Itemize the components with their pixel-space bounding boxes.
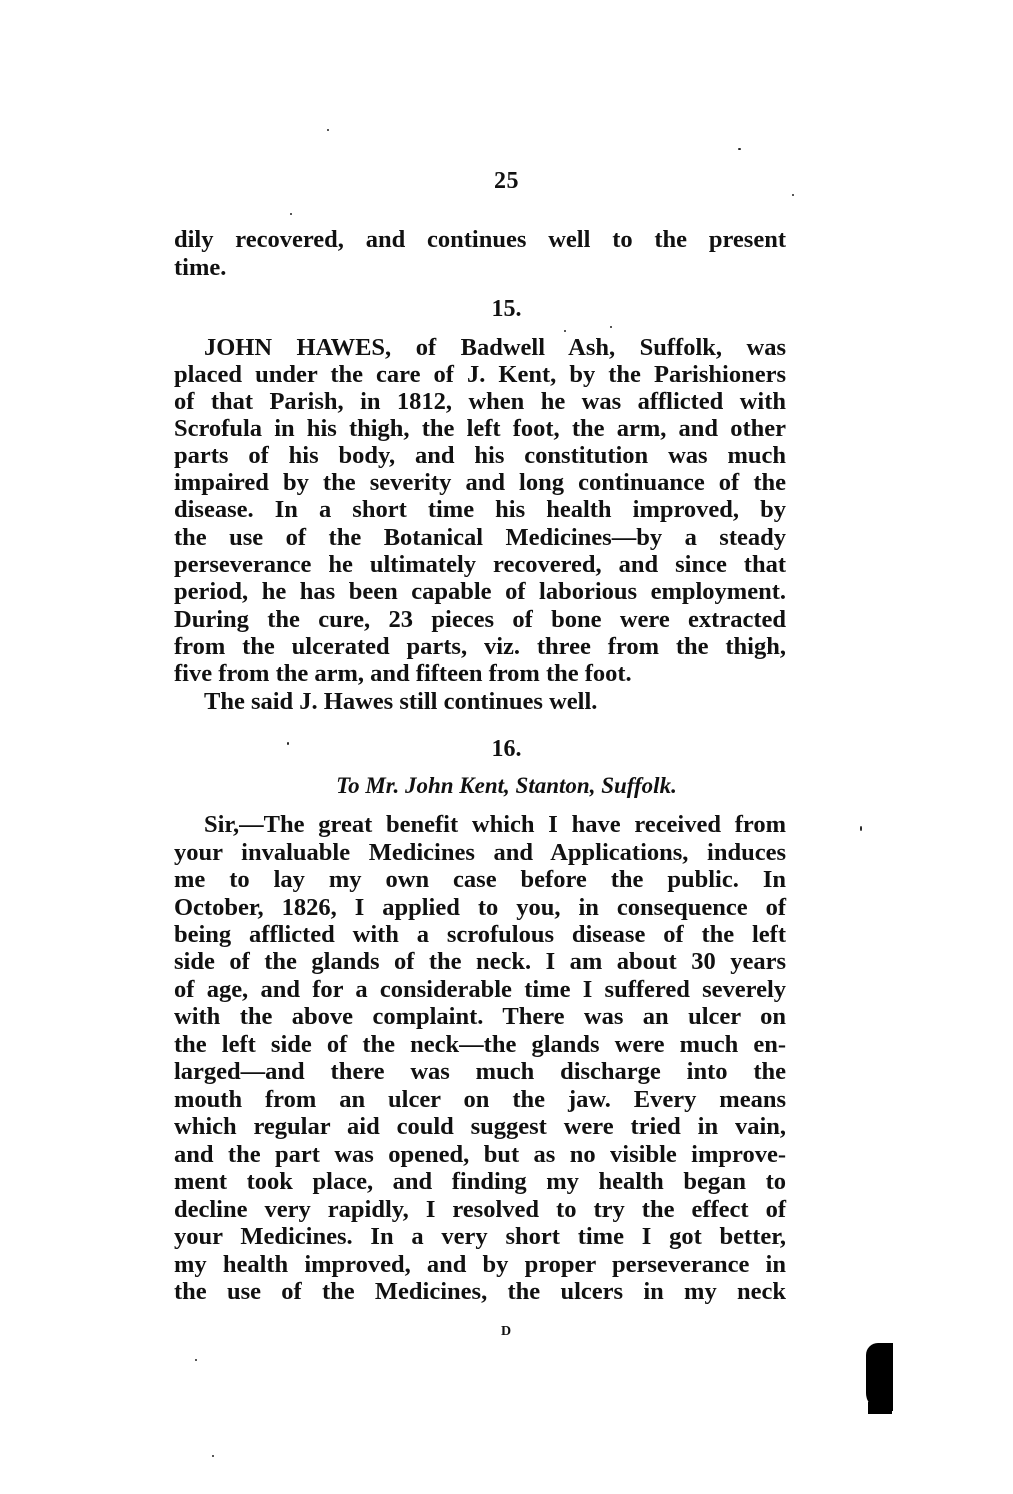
text-line: with the above complaint. There was an u…: [174, 1003, 786, 1031]
text-line: your invaluable Medicines and Applicatio…: [174, 839, 786, 867]
scan-speck: [860, 826, 862, 831]
scan-speck: [564, 330, 566, 332]
text-line: me to lay my own case before the public.…: [174, 866, 786, 894]
text-line: dily recovered, and continues well to th…: [174, 226, 786, 254]
page-number: 25: [0, 168, 1013, 195]
text-line: larged—and there was much discharge into…: [174, 1058, 786, 1086]
scan-speck: [195, 1359, 197, 1361]
letter-salutation: To Mr. John Kent, Stanton, Suffolk.: [0, 773, 1013, 799]
text-line: parts of his body, and his constitution …: [174, 442, 786, 470]
text-line: and the part was opened, but as no visib…: [174, 1141, 786, 1169]
text-line: the use of the Botanical Medicines—by a …: [174, 524, 786, 552]
closing-line: The said J. Hawes still continues well.: [204, 688, 786, 716]
signature-mark: D: [0, 1324, 1013, 1340]
text-line: of age, and for a considerable time I su…: [174, 976, 786, 1004]
book-page: 25 dily recovered, and continues well to…: [0, 0, 1013, 1494]
text-line: impaired by the severity and long contin…: [174, 469, 786, 497]
text-line: period, he has been capable of laborious…: [174, 578, 786, 606]
text-line: disease. In a short time his health impr…: [174, 496, 786, 524]
text-line: the left side of the neck—the glands wer…: [174, 1031, 786, 1059]
section-number-16: 16.: [0, 736, 1013, 763]
text-line: Sir,—The great benefit which I have rece…: [204, 811, 786, 839]
text-line: perseverance he ultimately recovered, an…: [174, 551, 786, 579]
text-line: the use of the Medicines, the ulcers in …: [174, 1278, 786, 1306]
page-edge-shadow-stub: [868, 1402, 892, 1414]
text-line: ment took place, and finding my health b…: [174, 1168, 786, 1196]
text-line: five from the arm, and fifteen from the …: [174, 660, 786, 688]
scan-speck: [738, 148, 741, 150]
text-line: my health improved, and by proper persev…: [174, 1251, 786, 1279]
scan-speck: [327, 129, 329, 131]
text-line: decline very rapidly, I resolved to try …: [174, 1196, 786, 1224]
text-line: placed under the care of J. Kent, by the…: [174, 361, 786, 389]
scan-speck: [287, 742, 289, 745]
text-line: your Medicines. In a very short time I g…: [174, 1223, 786, 1251]
text-line: October, 1826, I applied to you, in cons…: [174, 894, 786, 922]
text-line: time.: [174, 254, 786, 282]
text-line: side of the glands of the neck. I am abo…: [174, 948, 786, 976]
scan-speck: [792, 194, 794, 196]
text-line: of that Parish, in 1812, when he was aff…: [174, 388, 786, 416]
text-line: being afflicted with a scrofulous diseas…: [174, 921, 786, 949]
text-line: During the cure, 23 pieces of bone were …: [174, 606, 786, 634]
section-number-15: 15.: [0, 296, 1013, 323]
text-line: which regular aid could suggest were tri…: [174, 1113, 786, 1141]
text-line: mouth from an ulcer on the jaw. Every me…: [174, 1086, 786, 1114]
scan-speck: [212, 1455, 214, 1457]
text-line: JOHN HAWES, of Badwell Ash, Suffolk, was: [204, 334, 786, 362]
text-line: from the ulcerated parts, viz. three fro…: [174, 633, 786, 661]
scan-speck: [610, 326, 612, 328]
scan-speck: [290, 213, 292, 215]
page-edge-shadow: [866, 1343, 893, 1411]
text-line: Scrofula in his thigh, the left foot, th…: [174, 415, 786, 443]
